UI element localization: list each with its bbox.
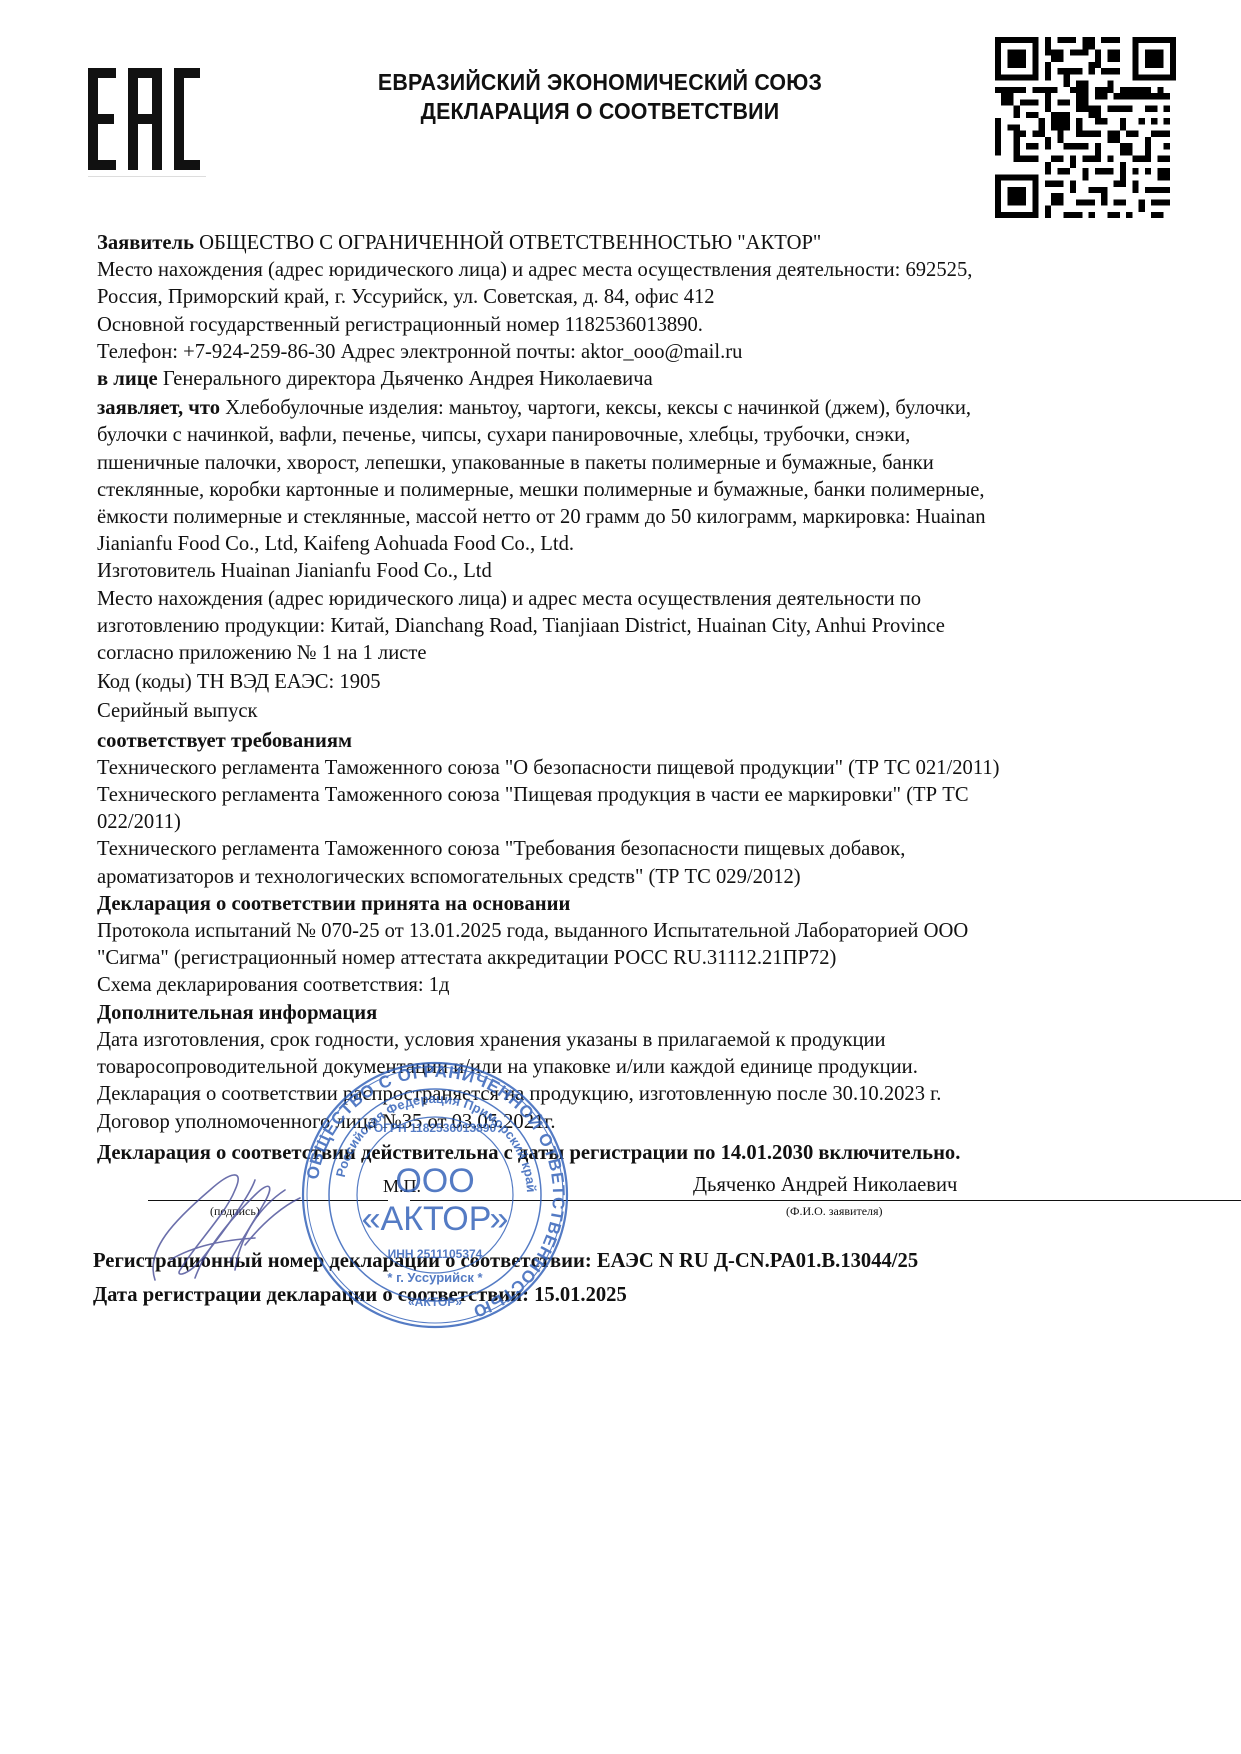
- additional-1: Дата изготовления, срок годности, услови…: [97, 1027, 1147, 1054]
- product-text-5: ёмкости полимерные и стеклянные, массой …: [97, 504, 1147, 531]
- product-text-3: пшеничные палочки, хворост, лепешки, упа…: [97, 450, 1147, 477]
- seal-place-label: М.П.: [383, 1176, 421, 1197]
- basis-protocol-1: Протокола испытаний № 070-25 от 13.01.20…: [97, 918, 1147, 945]
- qr-code-icon: [995, 37, 1176, 218]
- additional-3: Декларация о соответствии распространяет…: [97, 1081, 1147, 1108]
- requirement-2-cont: 022/2011): [97, 809, 1147, 836]
- declares-label: заявляет, что: [97, 397, 220, 419]
- signature-line: [148, 1200, 388, 1201]
- applicant-label: Заявитель: [97, 232, 194, 254]
- signature-caption: (подпись): [210, 1204, 260, 1219]
- manufacturer-line: Изготовитель Huainan Jianianfu Food Co.,…: [97, 558, 1147, 585]
- registration-number: Регистрационный номер декларации о соотв…: [93, 1250, 918, 1273]
- requirements-heading: соответствует требованиям: [97, 728, 1147, 755]
- requirement-3-cont: ароматизаторов и технологических вспомог…: [97, 864, 1147, 891]
- product-text-6: Jianianfu Food Co., Ltd, Kaifeng Aohuada…: [97, 531, 1147, 558]
- registration-date: Дата регистрации декларации о соответств…: [93, 1284, 627, 1307]
- applicant-ogrn: Основной государственный регистрационный…: [97, 312, 1147, 339]
- title-union: ЕВРАЗИЙСКИЙ ЭКОНОМИЧЕСКИЙ СОЮЗ: [275, 68, 926, 97]
- declaration-body: Заявитель ОБЩЕСТВО С ОГРАНИЧЕННОЙ ОТВЕТС…: [97, 230, 1147, 1136]
- appendix-note: согласно приложению № 1 на 1 листе: [97, 640, 1147, 667]
- manufacturer-address-1: Место нахождения (адрес юридического лиц…: [97, 586, 1147, 613]
- production-type: Серийный выпуск: [97, 698, 1147, 725]
- requirement-2: Технического регламента Таможенного союз…: [97, 782, 1147, 809]
- represented-line: в лице Генерального директора Дьяченко А…: [97, 366, 1147, 393]
- manufacturer-address-2: изготовлению продукции: Китай, Dianchang…: [97, 613, 1147, 640]
- eac-logo-icon: [88, 68, 206, 178]
- additional-4: Договор уполномоченного лица №35 от 03.0…: [97, 1109, 1147, 1136]
- applicant-name: ОБЩЕСТВО С ОГРАНИЧЕННОЙ ОТВЕТСТВЕННОСТЬЮ…: [199, 232, 821, 254]
- hs-code: Код (коды) ТН ВЭД ЕАЭС: 1905: [97, 669, 1147, 696]
- additional-heading: Дополнительная информация: [97, 1000, 1147, 1027]
- document-title: ЕВРАЗИЙСКИЙ ЭКОНОМИЧЕСКИЙ СОЮЗ ДЕКЛАРАЦИ…: [275, 68, 926, 126]
- name-caption: (Ф.И.О. заявителя): [786, 1204, 883, 1219]
- product-text-2: булочки с начинкой, вафли, печенье, чипс…: [97, 422, 1147, 449]
- applicant-address-1: Место нахождения (адрес юридического лиц…: [97, 257, 1147, 284]
- title-declaration: ДЕКЛАРАЦИЯ О СООТВЕТСТВИИ: [275, 97, 926, 126]
- name-line: [410, 1200, 1241, 1201]
- signature-block: М.П. Дьяченко Андрей Николаевич (подпись…: [148, 1166, 1148, 1226]
- requirement-3: Технического регламента Таможенного союз…: [97, 836, 1147, 863]
- signer-name: Дьяченко Андрей Николаевич: [693, 1174, 957, 1197]
- declaration-scheme: Схема декларирования соответствия: 1д: [97, 972, 1147, 999]
- basis-protocol-2: "Сигма" (регистрационный номер аттестата…: [97, 945, 1147, 972]
- product-text-4: стеклянные, коробки картонные и полимерн…: [97, 477, 1147, 504]
- represented-label: в лице: [97, 368, 158, 390]
- applicant-contacts: Телефон: +7-924-259-86-30 Адрес электрон…: [97, 339, 1147, 366]
- logo-divider: [88, 176, 206, 177]
- requirement-1: Технического регламента Таможенного союз…: [97, 755, 1147, 782]
- declares-line-1: заявляет, что Хлебобулочные изделия: ман…: [97, 395, 1147, 422]
- applicant-line: Заявитель ОБЩЕСТВО С ОГРАНИЧЕННОЙ ОТВЕТС…: [97, 230, 1147, 257]
- applicant-address-2: Россия, Приморский край, г. Уссурийск, у…: [97, 284, 1147, 311]
- represented-by: Генерального директора Дьяченко Андрея Н…: [163, 368, 653, 390]
- declaration-page: ЕВРАЗИЙСКИЙ ЭКОНОМИЧЕСКИЙ СОЮЗ ДЕКЛАРАЦИ…: [0, 0, 1241, 1754]
- validity-statement: Декларация о соответствии действительна …: [97, 1142, 960, 1165]
- product-text-1: Хлебобулочные изделия: маньтоу, чартоги,…: [225, 397, 971, 419]
- basis-heading: Декларация о соответствии принята на осн…: [97, 891, 1147, 918]
- additional-2: товаросопроводительной документации и/ил…: [97, 1054, 1147, 1081]
